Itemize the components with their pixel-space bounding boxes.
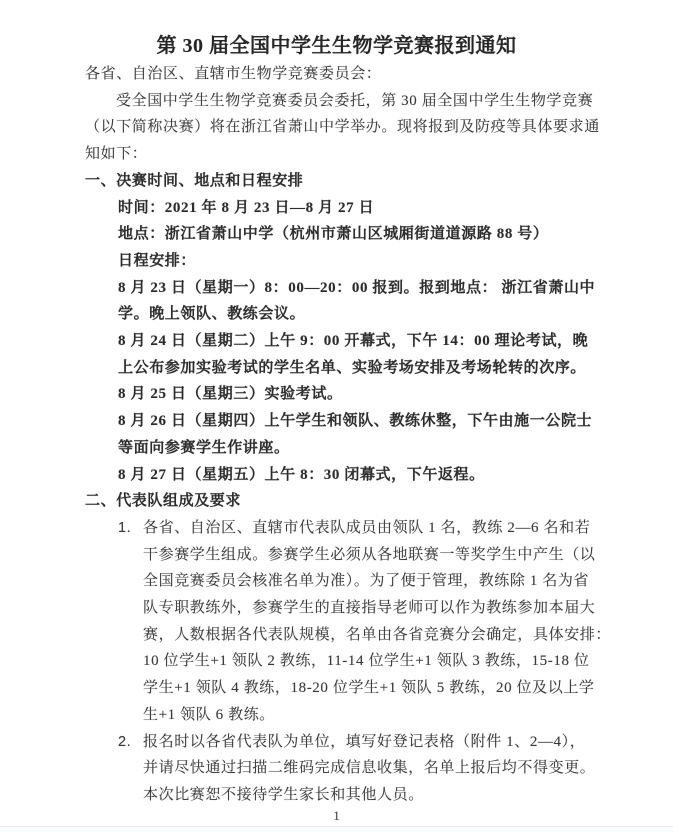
list-line: 学生+1 领队 4 教练，18-20 位学生+1 领队 5 教练，20 位及以上…: [143, 675, 611, 702]
page-bottom-edge: [0, 826, 673, 832]
doc-title: 第 30 届全国中学生生物学竞赛报到通知: [0, 32, 673, 60]
notice-document-page: 第 30 届全国中学生生物学竞赛报到通知 各省、自治区、直辖市生物学竞赛委员会：…: [0, 0, 673, 832]
list-line: 报名时以各省代表队为单位，填写好登记表格（附件 1、2—4），: [143, 729, 601, 756]
list-line: 10 位学生+1 领队 2 教练，11-14 位学生+1 领队 3 教练，15-…: [143, 648, 611, 675]
list-line: 干参赛学生组成。参赛学生必须从各地联赛一等奖学生中产生（以: [143, 542, 611, 569]
intro-line: 知如下：: [85, 141, 601, 168]
intro-line: （以下简称决赛）将在浙江省萧山中学举办。现将报到及防疫等具体要求通: [85, 114, 601, 141]
list-item-text: 报名时以各省代表队为单位，填写好登记表格（附件 1、2—4）， 并请尽快通过扫描…: [143, 729, 601, 809]
schedule-line: 学。晚上领队、教练会议。: [118, 301, 601, 328]
list-line: 各省、自治区、直辖市代表队成员由领队 1 名，教练 2—6 名和若: [143, 515, 611, 542]
list-line: 本次比赛恕不接待学生家长和其他人员。: [143, 782, 601, 809]
list-line: 赛，人数根据各代表队规模，名单由各省竞赛分会确定，具体安排：: [143, 622, 611, 649]
time-line: 时间：2021 年 8 月 23 日—8 月 27 日: [118, 195, 601, 222]
schedule-line: 8 月 23 日（星期一）8：00—20：00 报到。报到地点： 浙江省萧山中: [118, 275, 601, 302]
schedule-line: 8 月 26 日（星期四）上午学生和领队、教练休整，下午由施一公院士: [118, 408, 601, 435]
schedule-line: 8 月 27 日（星期五）上午 8：30 闭幕式，下午返程。: [118, 462, 601, 489]
list-marker: 2.: [118, 729, 143, 809]
section2-heading: 二、代表队组成及要求: [85, 488, 601, 515]
list-marker: 1.: [118, 515, 143, 729]
schedule-line: 等面向参赛学生作讲座。: [118, 435, 601, 462]
section1-heading: 一、决赛时间、地点和日程安排: [85, 168, 601, 195]
schedule-line: 上公布参加实验考试的学生名单、实验考场安排及考场轮转的次序。: [118, 355, 601, 382]
page-number: 1: [0, 808, 673, 824]
doc-body: 各省、自治区、直辖市生物学竞赛委员会： 受全国中学生生物学竞赛委员会委托，第 3…: [0, 61, 673, 809]
list-item: 2. 报名时以各省代表队为单位，填写好登记表格（附件 1、2—4）， 并请尽快通…: [118, 729, 601, 809]
list-line: 并请尽快通过扫描二维码完成信息收集，名单上报后均不得变更。: [143, 755, 601, 782]
list-line: 生+1 领队 6 教练。: [143, 702, 611, 729]
salutation-line: 各省、自治区、直辖市生物学竞赛委员会：: [85, 61, 601, 88]
schedule-label: 日程安排：: [118, 248, 601, 275]
schedule-line: 8 月 24 日（星期二）上午 9：00 开幕式，下午 14：00 理论考试，晚: [118, 328, 601, 355]
intro-line: 受全国中学生生物学竞赛委员会委托，第 30 届全国中学生生物学竞赛: [85, 88, 601, 115]
list-line: 全国竞赛委员会核准名单为准）。为了便于管理，教练除 1 名为省: [143, 568, 611, 595]
list-item-text: 各省、自治区、直辖市代表队成员由领队 1 名，教练 2—6 名和若 干参赛学生组…: [143, 515, 611, 729]
list-line: 队专职教练外，参赛学生的直接指导老师可以作为教练参加本届大: [143, 595, 611, 622]
location-line: 地点：浙江省萧山中学（杭州市萧山区城厢街道道源路 88 号）: [118, 221, 601, 248]
list-item: 1. 各省、自治区、直辖市代表队成员由领队 1 名，教练 2—6 名和若 干参赛…: [118, 515, 601, 729]
schedule-line: 8 月 25 日（星期三）实验考试。: [118, 381, 601, 408]
